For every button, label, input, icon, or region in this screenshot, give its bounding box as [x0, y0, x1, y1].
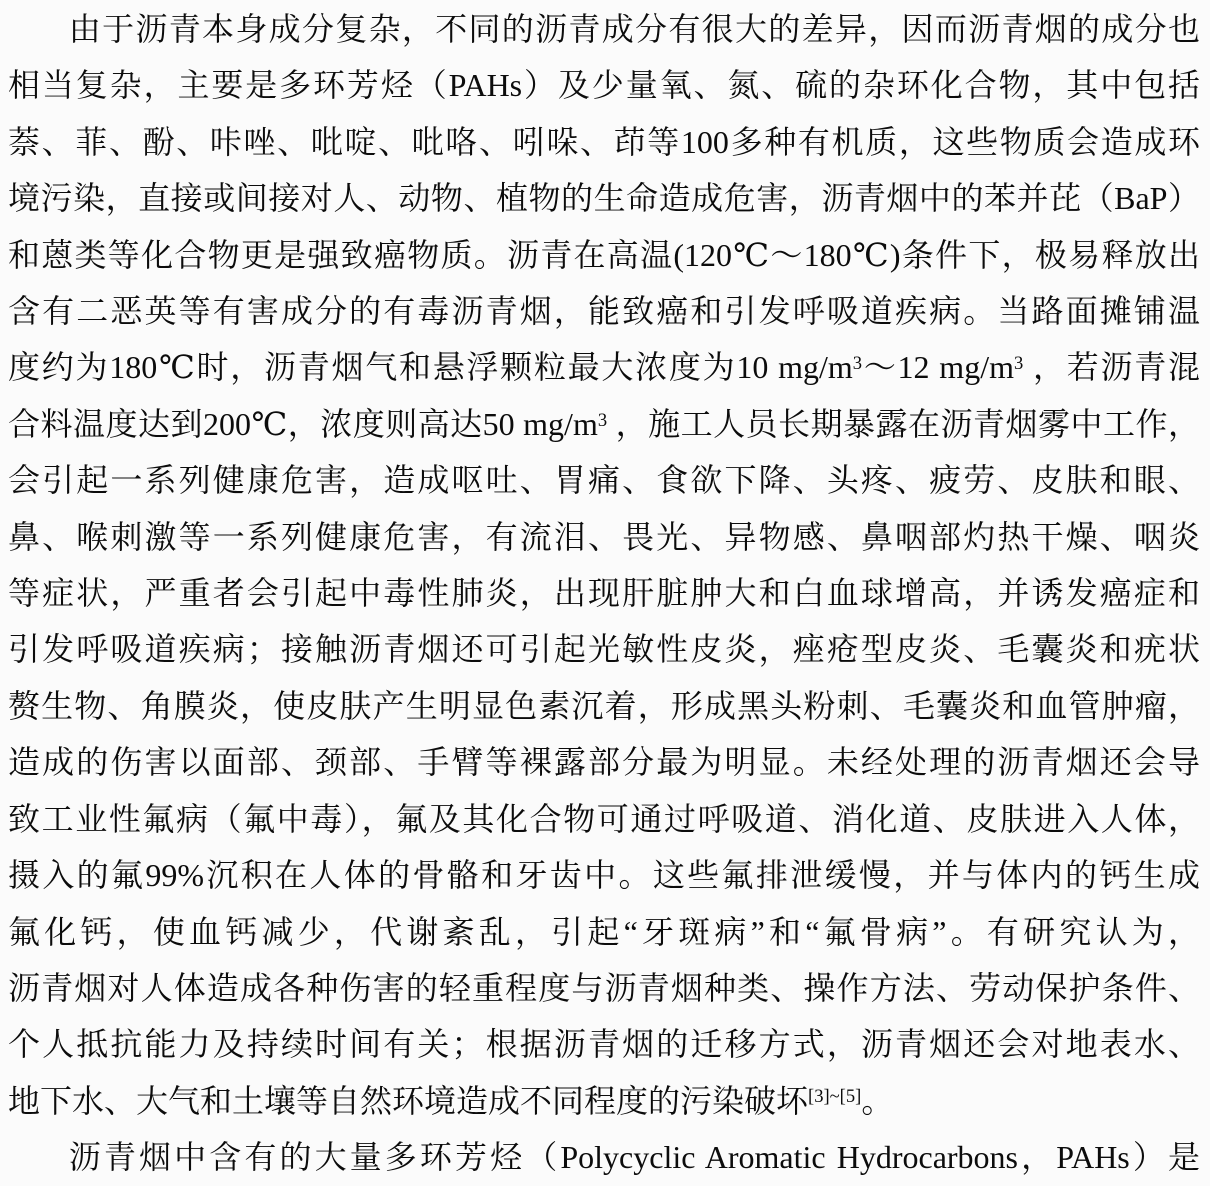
text-run: 引发呼吸道疾病；接触沥青烟还可引起光敏性皮炎，痤疮型皮炎、毛囊炎和疣状	[8, 631, 1200, 667]
text-line: 萘、菲、酚、咔唑、吡啶、吡咯、吲哚、茚等100多种有机质，这些物质会造成环	[8, 114, 1200, 170]
text-run: 度约为180℃时，沥青烟气和悬浮颗粒最大浓度为10 mg/m	[8, 349, 853, 385]
text-line: 由于沥青本身成分复杂，不同的沥青成分有很大的差异，因而沥青烟的成分也	[8, 1, 1200, 57]
text-run: 造成的伤害以面部、颈部、手臂等裸露部分最为明显。未经处理的沥青烟还会导	[8, 744, 1200, 780]
text-run: 。	[861, 1083, 893, 1119]
text-run: 鼻、喉刺激等一系列健康危害，有流泪、畏光、异物感、鼻咽部灼热干燥、咽炎	[8, 519, 1200, 555]
text-line: 合料温度达到200℃，浓度则高达50 mg/m3 ，施工人员长期暴露在沥青烟雾中…	[8, 396, 1200, 452]
text-line: 摄入的氟99%沉积在人体的骨骼和牙齿中。这些氟排泄缓慢，并与体内的钙生成	[8, 847, 1200, 903]
text-line: 度约为180℃时，沥青烟气和悬浮颗粒最大浓度为10 mg/m3～12 mg/m3…	[8, 339, 1200, 395]
text-run: 合料温度达到200℃，浓度则高达50 mg/m	[8, 406, 598, 442]
text-line: 含有二恶英等有害成分的有毒沥青烟，能致癌和引发呼吸道疾病。当路面摊铺温	[8, 283, 1200, 339]
text-run: 相当复杂，主要是多环芳烃（PAHs）及少量氧、氮、硫的杂环化合物，其中包括	[8, 67, 1200, 103]
text-run: 氟化钙，使血钙减少，代谢紊乱，引起“牙斑病”和“氟骨病”。有研究认为，	[8, 914, 1200, 950]
text-run: ，若沥青混	[1023, 349, 1200, 385]
text-run: 萘、菲、酚、咔唑、吡啶、吡咯、吲哚、茚等100多种有机质，这些物质会造成环	[8, 124, 1200, 160]
text-run: 会引起一系列健康危害，造成呕吐、胃痛、食欲下降、头疼、疲劳、皮肤和眼、	[8, 462, 1200, 498]
text-run: 摄入的氟99%沉积在人体的骨骼和牙齿中。这些氟排泄缓慢，并与体内的钙生成	[8, 857, 1200, 893]
text-line: 氟化钙，使血钙减少，代谢紊乱，引起“牙斑病”和“氟骨病”。有研究认为，	[8, 904, 1200, 960]
text-line: 沥青烟中含有的大量多环芳烃（Polycyclic Aromatic Hydroc…	[8, 1129, 1200, 1185]
text-run: 沥青烟中含有的大量多环芳烃（Polycyclic Aromatic Hydroc…	[69, 1139, 1200, 1175]
text-line: 致工业性氟病（氟中毒），氟及其化合物可通过呼吸道、消化道、皮肤进入人体，	[8, 791, 1200, 847]
text-run: 含有二恶英等有害成分的有毒沥青烟，能致癌和引发呼吸道疾病。当路面摊铺温	[8, 293, 1200, 329]
text-run: 个人抵抗能力及持续时间有关；根据沥青烟的迁移方式，沥青烟还会对地表水、	[8, 1026, 1200, 1062]
text-run: 赘生物、角膜炎，使皮肤产生明显色素沉着，形成黑头粉刺、毛囊炎和血管肿瘤，	[8, 688, 1200, 724]
text-run: 和蒽类等化合物更是强致癌物质。沥青在高温(120℃～180℃)条件下，极易释放出	[8, 237, 1200, 273]
text-run: 致工业性氟病（氟中毒），氟及其化合物可通过呼吸道、消化道、皮肤进入人体，	[8, 801, 1200, 837]
text-run: 等症状，严重者会引起中毒性肺炎，出现肝脏肿大和白血球增高，并诱发癌症和	[8, 575, 1200, 611]
text-line: 和蒽类等化合物更是强致癌物质。沥青在高温(120℃～180℃)条件下，极易释放出	[8, 227, 1200, 283]
text-run: ～12 mg/m	[862, 349, 1014, 385]
text-line: 引发呼吸道疾病；接触沥青烟还可引起光敏性皮炎，痤疮型皮炎、毛囊炎和疣状	[8, 621, 1200, 677]
text-line: 会引起一系列健康危害，造成呕吐、胃痛、食欲下降、头疼、疲劳、皮肤和眼、	[8, 452, 1200, 508]
text-line: 造成的伤害以面部、颈部、手臂等裸露部分最为明显。未经处理的沥青烟还会导	[8, 734, 1200, 790]
text-run: 地下水、大气和土壤等自然环境造成不同程度的污染破坏	[8, 1083, 808, 1119]
text-run: 境污染，直接或间接对人、动物、植物的生命造成危害，沥青烟中的苯并芘（BaP）	[8, 180, 1200, 216]
paragraph-asphalt-fume-hazards: 由于沥青本身成分复杂，不同的沥青成分有很大的差异，因而沥青烟的成分也相当复杂，主…	[8, 1, 1200, 1129]
superscript-text: 3	[853, 353, 862, 374]
text-line: 赘生物、角膜炎，使皮肤产生明显色素沉着，形成黑头粉刺、毛囊炎和血管肿瘤，	[8, 678, 1200, 734]
text-line: 个人抵抗能力及持续时间有关；根据沥青烟的迁移方式，沥青烟还会对地表水、	[8, 1016, 1200, 1072]
document-page: 由于沥青本身成分复杂，不同的沥青成分有很大的差异，因而沥青烟的成分也相当复杂，主…	[0, 0, 1210, 1186]
text-line: 相当复杂，主要是多环芳烃（PAHs）及少量氧、氮、硫的杂环化合物，其中包括	[8, 57, 1200, 113]
document-body: 由于沥青本身成分复杂，不同的沥青成分有很大的差异，因而沥青烟的成分也相当复杂，主…	[8, 1, 1200, 1186]
text-line: 境污染，直接或间接对人、动物、植物的生命造成危害，沥青烟中的苯并芘（BaP）	[8, 170, 1200, 226]
text-line: 鼻、喉刺激等一系列健康危害，有流泪、畏光、异物感、鼻咽部灼热干燥、咽炎	[8, 509, 1200, 565]
paragraph-pahs-intro: 沥青烟中含有的大量多环芳烃（Polycyclic Aromatic Hydroc…	[8, 1129, 1200, 1185]
text-run: 由于沥青本身成分复杂，不同的沥青成分有很大的差异，因而沥青烟的成分也	[69, 11, 1200, 47]
text-line: 地下水、大气和土壤等自然环境造成不同程度的污染破坏[3]~[5]。	[8, 1073, 1200, 1129]
text-run: 沥青烟对人体造成各种伤害的轻重程度与沥青烟种类、操作方法、劳动保护条件、	[8, 970, 1200, 1006]
superscript-text: 3	[1014, 353, 1023, 374]
text-line: 沥青烟对人体造成各种伤害的轻重程度与沥青烟种类、操作方法、劳动保护条件、	[8, 960, 1200, 1016]
text-line: 等症状，严重者会引起中毒性肺炎，出现肝脏肿大和白血球增高，并诱发癌症和	[8, 565, 1200, 621]
text-run: ，施工人员长期暴露在沥青烟雾中工作，	[607, 406, 1200, 442]
superscript-text: 3	[598, 410, 607, 431]
superscript-text: [3]~[5]	[808, 1086, 861, 1107]
